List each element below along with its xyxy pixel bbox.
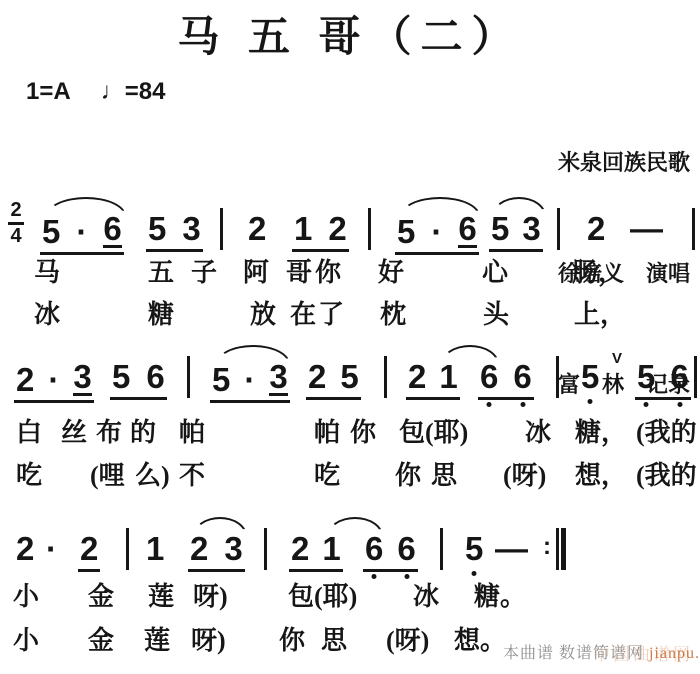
lyric-syllable: 丝 — [61, 412, 87, 449]
lyric-syllable: 你 — [350, 412, 376, 449]
barline — [694, 356, 697, 398]
lyric-syllable: 糖。 — [474, 576, 526, 613]
barline — [692, 208, 695, 250]
lyrics-row-1: 马五子阿哥你好心肠， — [0, 252, 700, 284]
lyric-syllable: (呀) — [503, 455, 546, 492]
note: 5 — [212, 363, 230, 396]
lyrics-row-2: 冰糖放在了枕头上， — [0, 294, 700, 326]
note: 2 — [16, 532, 34, 565]
beam-group: 5 3 — [489, 212, 543, 252]
lyric-syllable: 五 — [148, 252, 174, 289]
note: 5 — [112, 360, 130, 393]
beam-group: 1 2 — [292, 212, 349, 252]
lyric-syllable: (哩 — [90, 455, 125, 492]
barline — [126, 528, 129, 570]
time-signature: 2 4 — [8, 201, 24, 246]
lyric-syllable: (我的 — [636, 455, 697, 492]
breath-mark: V — [612, 350, 622, 367]
barline — [187, 356, 190, 398]
lyric-syllable: 的 — [130, 412, 156, 449]
key-tempo-row: 1=A ♩=84 — [26, 78, 165, 106]
lyric-syllable: 在 — [290, 294, 316, 331]
lyrics-row-4: 吃(哩么)不吃你思(呀)想，(我的 — [0, 455, 700, 487]
note: 3 — [224, 532, 242, 565]
lyric-syllable: 想。 — [454, 620, 506, 657]
beam-group: 2 5 — [306, 360, 361, 400]
augmentation-dot: · — [244, 363, 255, 396]
lyric-syllable: 莲 — [144, 620, 170, 657]
lyric-syllable: 哥 — [286, 252, 312, 289]
repeat-barline-thin — [556, 528, 559, 570]
beam-group: 5 3 — [146, 212, 203, 252]
note: 5 — [42, 215, 60, 248]
lyrics-row-3: 白丝布的帕帕你包(耶)冰糖，(我的 — [0, 412, 700, 444]
lyric-syllable: 思 — [431, 455, 457, 492]
note: 2 — [80, 532, 98, 565]
watermark-site: jianpu.cn — [649, 645, 700, 662]
lyric-syllable: 金 — [88, 576, 114, 613]
lyric-syllable: 布 — [96, 412, 122, 449]
credit-source: 米泉回族民歌 — [558, 144, 690, 181]
augmentation-dot: · — [76, 215, 87, 248]
lyric-syllable: 白 — [16, 412, 42, 449]
note-low-octave: 6 — [513, 360, 531, 393]
lyric-syllable: 枕 — [380, 294, 406, 331]
note: 2 — [248, 212, 266, 245]
note-low-octave: 6 — [365, 532, 383, 565]
note: 5 — [397, 215, 415, 248]
lyric-syllable: 你 — [315, 252, 341, 289]
ts-numerator: 2 — [10, 201, 21, 220]
lyric-syllable: 放 — [250, 294, 276, 331]
beam-group: 2 1 — [289, 532, 343, 572]
lyric-syllable: 呀) — [191, 620, 226, 657]
note-low-octave: 6 — [397, 532, 415, 565]
note-sixteenth: 3 — [73, 360, 91, 396]
note-sixteenth: 6 — [103, 212, 121, 248]
note: 1 — [294, 212, 312, 245]
lyric-syllable: 上， — [574, 294, 626, 331]
lyric-syllable: 么) — [135, 455, 170, 492]
lyric-syllable: 了 — [318, 294, 344, 331]
lyric-syllable: 小 — [13, 576, 39, 613]
half-note-dash: — — [495, 532, 528, 565]
barline — [220, 208, 223, 250]
repeat-barline-thick — [561, 528, 566, 570]
lyric-syllable: 帕 — [179, 412, 205, 449]
lyric-syllable: 包(耶) — [288, 576, 357, 613]
tempo-marking: ♩=84 — [101, 78, 166, 106]
lyric-syllable: 吃 — [16, 455, 42, 492]
lyric-syllable: 莲 — [148, 576, 174, 613]
augmentation-dot: · — [46, 532, 57, 565]
lyric-syllable: (呀) — [386, 620, 429, 657]
lyric-syllable: 子 — [191, 252, 217, 289]
note: 5 — [491, 212, 509, 245]
watermark: 本曲谱 数谱简谱网 jianpu.cn — [503, 640, 700, 663]
lyric-syllable: 思 — [321, 620, 347, 657]
note-low-octave: 5 — [465, 532, 483, 565]
lyric-syllable: 冰 — [34, 294, 60, 331]
note: 2 — [408, 360, 426, 393]
beam-group: 2 — [78, 532, 100, 572]
lyric-syllable: 金 — [88, 620, 114, 657]
beam-group: 5 · 6 — [40, 212, 124, 255]
lyric-syllable: 想， — [575, 455, 627, 492]
beam-group: 6 6 — [363, 532, 418, 572]
lyric-syllable: 冰 — [413, 576, 439, 613]
note: 5 — [148, 212, 166, 245]
barline — [384, 356, 387, 398]
watermark-text: 本曲谱 数谱简谱网 — [503, 645, 649, 662]
note: 1 — [146, 532, 164, 565]
beam-group: 2 · 3 — [14, 360, 94, 403]
beam-group: 2 1 — [406, 360, 460, 400]
lyric-syllable: 你 — [395, 455, 421, 492]
lyric-syllable: 肠， — [572, 252, 624, 289]
lyric-syllable: 好 — [378, 252, 404, 289]
barline — [556, 356, 559, 398]
barline — [368, 208, 371, 250]
lyric-syllable: 你 — [279, 620, 305, 657]
lyric-syllable: 帕 — [314, 412, 340, 449]
music-line-2: 2 · 3 5 6 5 · 3 2 5 2 1 6 6 5 V — [0, 348, 700, 412]
beam-group: 2 3 — [188, 532, 245, 572]
repeat-dots: : — [543, 535, 551, 559]
lyric-syllable: (我的 — [636, 412, 697, 449]
lyric-syllable: 糖， — [575, 412, 627, 449]
ts-denominator: 4 — [10, 227, 21, 246]
note-sixteenth: 6 — [458, 212, 476, 248]
note: 6 — [146, 360, 164, 393]
lyric-syllable: 冰 — [525, 412, 551, 449]
beam-group: 6 6 — [478, 360, 534, 400]
barline — [440, 528, 443, 570]
sheet-music-page: 马 五 哥（二） 1=A ♩=84 米泉回族民歌 徐培义 演唱 富 林 记录 2… — [0, 0, 700, 674]
key-signature: 1=A — [26, 78, 71, 106]
note-sixteenth: 3 — [269, 360, 287, 396]
lyrics-row-5: 小金莲呀)包(耶)冰糖。 — [0, 576, 700, 608]
beam-group: 5 6 — [110, 360, 167, 400]
beam-group: 5 6 — [635, 360, 691, 400]
note-low-octave: 5 — [581, 360, 599, 393]
note: 3 — [522, 212, 540, 245]
song-title: 马 五 哥（二） — [0, 4, 700, 64]
half-note-dash: — — [630, 212, 663, 245]
beam-group: 5 · 6 — [395, 212, 479, 255]
note: 5 — [340, 360, 358, 393]
music-line-3: 2 · 2 1 2 3 2 1 6 6 5 — : — [0, 520, 700, 584]
lyric-syllable: 包(耶) — [399, 412, 468, 449]
lyric-syllable: 小 — [13, 620, 39, 657]
note: 3 — [182, 212, 200, 245]
note-low-octave: 6 — [480, 360, 498, 393]
augmentation-dot: · — [48, 363, 59, 396]
note-low-octave: 5 — [637, 360, 655, 393]
note: 2 — [190, 532, 208, 565]
note: 1 — [439, 360, 457, 393]
lyric-syllable: 心 — [482, 252, 508, 289]
note: 2 — [328, 212, 346, 245]
note: 2 — [291, 532, 309, 565]
augmentation-dot: · — [431, 215, 442, 248]
lyric-syllable: 不 — [179, 455, 205, 492]
lyric-syllable: 马 — [34, 252, 60, 289]
note: 2 — [308, 360, 326, 393]
note: 2 — [16, 363, 34, 396]
barline — [557, 208, 560, 250]
lyric-syllable: 吃 — [314, 455, 340, 492]
beam-group: 5 · 3 — [210, 360, 290, 403]
note: 2 — [587, 212, 605, 245]
lyric-syllable: 糖 — [148, 294, 174, 331]
lyric-syllable: 阿 — [243, 252, 269, 289]
lyric-syllable: 呀) — [193, 576, 228, 613]
barline — [264, 528, 267, 570]
note: 1 — [322, 532, 340, 565]
lyric-syllable: 头 — [483, 294, 509, 331]
note-low-octave: 6 — [670, 360, 688, 393]
